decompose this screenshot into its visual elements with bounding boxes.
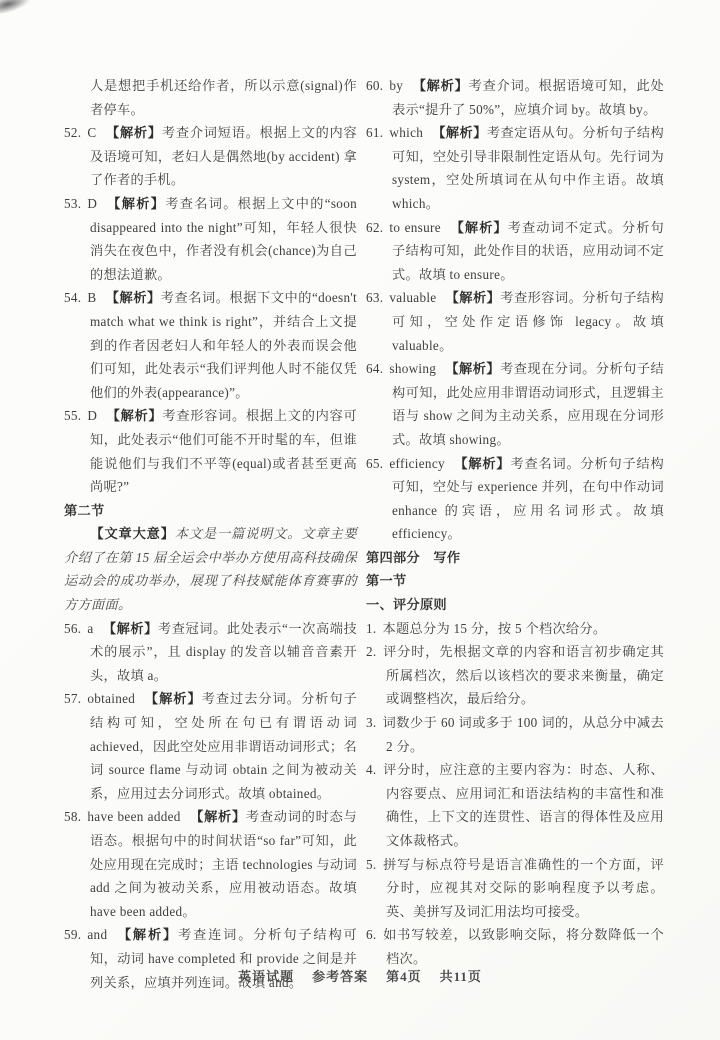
item-answer: efficiency bbox=[389, 456, 444, 471]
rule-item: 5.拼写与标点符号是语言准确性的一个方面，评分时，应视其对交际的影响程度予以考虑… bbox=[366, 853, 664, 924]
item-number: 54. bbox=[64, 290, 81, 305]
item-number: 65. bbox=[366, 456, 383, 471]
page-footer: 英语试题参考答案第4页共11页 bbox=[0, 966, 720, 985]
analysis-tag: 【解析】 bbox=[432, 125, 487, 140]
item-answer: have been added bbox=[87, 809, 180, 824]
answer-item: 55.D【解析】考查形容词。根据上文的内容可知，此处表示“他们可能不开时髦的车，… bbox=[64, 404, 357, 498]
item-number: 57. bbox=[64, 691, 81, 706]
item-answer: valuable bbox=[389, 290, 436, 305]
section-heading: 第四部分 写作 bbox=[366, 546, 664, 570]
item-answer: a bbox=[87, 621, 93, 636]
item-number: 4. bbox=[366, 762, 377, 777]
footer-answers-label: 参考答案 bbox=[312, 969, 368, 984]
answer-item: 63.valuable【解析】考查形容词。分析句子结构可知，空处作定语修饰 le… bbox=[366, 286, 664, 357]
item-answer: and bbox=[87, 927, 107, 942]
rule-item: 3.词数少于 60 词或多于 100 词的，从总分中减去 2 分。 bbox=[366, 711, 664, 758]
answer-item: 65.efficiency【解析】考查名词。分析句子结构可知，空处与 exper… bbox=[366, 452, 664, 546]
analysis-tag: 【解析】 bbox=[450, 220, 508, 235]
item-answer: to ensure bbox=[389, 220, 440, 235]
item-number: 58. bbox=[64, 809, 81, 824]
item-answer: B bbox=[87, 290, 96, 305]
analysis-tag: 【解析】 bbox=[445, 361, 500, 376]
item-number: 52. bbox=[64, 125, 81, 140]
section-heading: 第二节 bbox=[64, 499, 357, 523]
summary-tag: 【文章大意】 bbox=[90, 526, 174, 541]
analysis-tag: 【解析】 bbox=[454, 456, 511, 471]
section-heading: 一、评分原则 bbox=[366, 593, 664, 617]
rule-item: 6.如书写较差，以致影响交际，将分数降低一个档次。 bbox=[366, 923, 664, 970]
answer-item: 54.B【解析】考查名词。根据下文中的“doesn't match what w… bbox=[64, 286, 357, 404]
item-text: 考查名词。根据下文中的“doesn't match what we think … bbox=[90, 290, 357, 399]
answer-item: 62.to ensure【解析】考查动词不定式。分析句子结构可知，此处作目的状语… bbox=[366, 216, 664, 287]
item-text: 考查过去分词。分析句子结构可知，空处所在句已有谓语动词 achieved，因此空… bbox=[90, 691, 357, 800]
answer-item: 56.a【解析】考查冠词。此处表示“一次高端技术的展示”，且 display 的… bbox=[64, 617, 357, 688]
item-number: 61. bbox=[366, 125, 383, 140]
answer-item: 60.by【解析】考查介词。根据语境可知，此处表示“提升了 50%”，应填介词 … bbox=[366, 74, 664, 121]
rule-item: 4.评分时，应注意的主要内容为：时态、人称、内容要点、应用词汇和语法结构的丰富性… bbox=[366, 758, 664, 852]
answer-item: 61.which【解析】考查定语从句。分析句子结构可知，空处引导非限制性定语从句… bbox=[366, 121, 664, 215]
item-number: 59. bbox=[64, 927, 81, 942]
item-number: 56. bbox=[64, 621, 81, 636]
item-number: 3. bbox=[366, 715, 377, 730]
footer-doc-title: 英语试题 bbox=[238, 969, 294, 984]
item-number: 6. bbox=[366, 927, 377, 942]
left-column: 人是想把手机还给作者，所以示意(signal)作者停车。52.C【解析】考查介词… bbox=[64, 74, 357, 994]
answer-item: 52.C【解析】考查介词短语。根据上文的内容及语境可知，老妇人是偶然地(by a… bbox=[64, 121, 357, 192]
scanned-answer-page: 人是想把手机还给作者，所以示意(signal)作者停车。52.C【解析】考查介词… bbox=[0, 0, 720, 1040]
analysis-tag: 【解析】 bbox=[116, 927, 178, 942]
item-number: 60. bbox=[366, 78, 383, 93]
item-answer: D bbox=[87, 408, 97, 423]
answer-item: 53.D【解析】考查名词。根据上文中的“soon disappeared int… bbox=[64, 192, 357, 286]
footer-total-pages: 共11页 bbox=[440, 969, 482, 984]
item-number: 55. bbox=[64, 408, 81, 423]
right-column: 60.by【解析】考查介词。根据语境可知，此处表示“提升了 50%”，应填介词 … bbox=[366, 74, 664, 971]
answer-item: 64.showing【解析】考查现在分词。分析句子结构可知，此处应用非谓语动词形… bbox=[366, 357, 664, 451]
analysis-tag: 【解析】 bbox=[106, 196, 165, 211]
analysis-tag: 【解析】 bbox=[106, 290, 161, 305]
analysis-tag: 【解析】 bbox=[106, 125, 162, 140]
item-number: 63. bbox=[366, 290, 383, 305]
item-answer: by bbox=[389, 78, 403, 93]
analysis-tag: 【解析】 bbox=[106, 408, 162, 423]
item-answer: C bbox=[87, 125, 96, 140]
item-text: 评分时，先根据文章的内容和语言初步确定其所属档次，然后以该档次的要求来衡量，确定… bbox=[383, 644, 665, 706]
analysis-tag: 【解析】 bbox=[144, 691, 201, 706]
item-number: 53. bbox=[64, 196, 81, 211]
analysis-tag: 【解析】 bbox=[103, 621, 158, 636]
item-text: 词数少于 60 词或多于 100 词的，从总分中减去 2 分。 bbox=[383, 715, 665, 754]
answer-item: 57.obtained【解析】考查过去分词。分析句子结构可知，空处所在句已有谓语… bbox=[64, 687, 357, 805]
item-answer: showing bbox=[389, 361, 436, 376]
passage-summary: 【文章大意】本文是一篇说明文。文章主要介绍了在第 15 届全运会中举办方使用高科… bbox=[64, 522, 357, 616]
item-number: 5. bbox=[366, 857, 377, 872]
item-answer: which bbox=[389, 125, 423, 140]
analysis-tag: 【解析】 bbox=[412, 78, 468, 93]
scan-corner-artifact bbox=[0, 0, 32, 16]
item-answer: D bbox=[87, 196, 97, 211]
item-answer: obtained bbox=[87, 691, 135, 706]
rule-item: 1.本题总分为 15 分，按 5 个档次给分。 bbox=[366, 617, 664, 641]
item-number: 2. bbox=[366, 644, 377, 659]
item-text: 拼写与标点符号是语言准确性的一个方面，评分时，应视其对交际的影响程度予以考虑。英… bbox=[383, 857, 665, 919]
item-text: 考查动词的时态与语态。根据句中的时间状语“so far”可知，此处应用现在完成时… bbox=[90, 809, 357, 918]
rule-item: 2.评分时，先根据文章的内容和语言初步确定其所属档次，然后以该档次的要求来衡量，… bbox=[366, 640, 664, 711]
item-number: 64. bbox=[366, 361, 383, 376]
analysis-tag: 【解析】 bbox=[445, 290, 500, 305]
section-heading: 第一节 bbox=[366, 569, 664, 593]
item-text: 本题总分为 15 分，按 5 个档次给分。 bbox=[383, 621, 607, 636]
item-number: 62. bbox=[366, 220, 383, 235]
analysis-tag: 【解析】 bbox=[190, 809, 246, 824]
footer-page-number: 第4页 bbox=[386, 969, 422, 984]
answer-item: 58.have been added【解析】考查动词的时态与语态。根据句中的时间… bbox=[64, 805, 357, 923]
continuation-text: 人是想把手机还给作者，所以示意(signal)作者停车。 bbox=[64, 74, 357, 121]
item-text: 评分时，应注意的主要内容为：时态、人称、内容要点、应用词汇和语法结构的丰富性和准… bbox=[383, 762, 665, 848]
item-text: 如书写较差，以致影响交际，将分数降低一个档次。 bbox=[383, 927, 665, 966]
item-number: 1. bbox=[366, 621, 377, 636]
